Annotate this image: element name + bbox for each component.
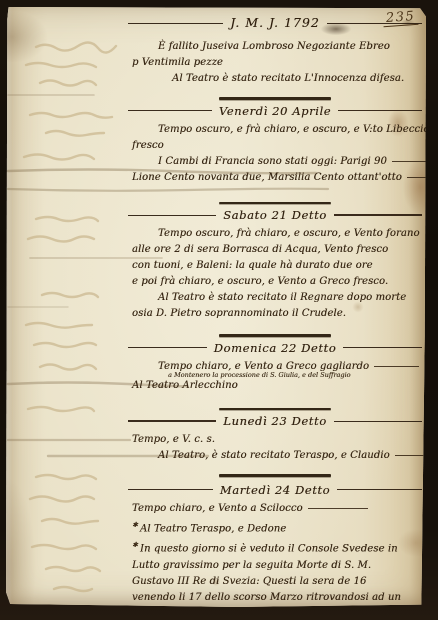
line-text: Al Teatro, è stato recitato Teraspo, e C… — [158, 450, 390, 461]
ink-flourish-line — [392, 161, 437, 162]
entry-sabato-21: Sabato 21 Detto Tempo oscuro, frà chiaro… — [128, 206, 422, 322]
header-rule-right — [327, 23, 422, 24]
section-divider — [219, 97, 331, 100]
entry-heading: Lunedì 23 Detto — [128, 412, 422, 430]
manuscript-line: Festa di Ballo fù da uno scellerato feri… — [128, 606, 422, 620]
line-text: In questo giorno si è veduto il Console … — [140, 544, 398, 555]
manuscript-line: Tempo oscuro, frà chiaro, e oscuro, e Ve… — [128, 226, 422, 242]
entry-heading-text: Domenica 22 Detto — [214, 340, 337, 356]
heading-rule-left — [128, 347, 207, 348]
heading-rule-left — [128, 420, 216, 422]
entry-domenica-22: Domenica 22 Detto Tempo chiaro, e Vento … — [128, 339, 422, 394]
ink-flourish-line — [395, 455, 425, 456]
manuscript-line: Tempo oscuro, e frà chiaro, e oscuro, e … — [128, 122, 422, 138]
manuscript-line: Al Teatro è stato recitato L'Innocenza d… — [128, 71, 422, 87]
manuscript-page: 235 J. M. J. 1792 È fallito Juseiva Lomb… — [6, 7, 426, 607]
line-text: I Cambi di Francia sono stati oggi: Pari… — [158, 156, 387, 167]
entry-heading: Venerdì 20 Aprile — [128, 102, 422, 120]
ink-flourish-line — [407, 177, 437, 178]
manuscript-line: Lione Cento novanta due, Marsilia Cento … — [128, 170, 422, 186]
entry-venerdi-20: Venerdì 20 Aprile Tempo oscuro, e frà ch… — [128, 102, 422, 186]
entry-heading: Domenica 22 Detto — [128, 339, 422, 357]
heading-rule-right — [334, 214, 422, 216]
entry-heading: Sabato 21 Detto — [128, 206, 422, 224]
entry-heading: Martedì 24 Detto — [128, 481, 422, 499]
scan-background: 235 J. M. J. 1792 È fallito Juseiva Lomb… — [0, 0, 438, 620]
page-content: J. M. J. 1792 È fallito Juseiva Lombroso… — [128, 13, 422, 620]
manuscript-line: Gustavo III Re di Svezia: Questi la sera… — [128, 574, 422, 590]
manuscript-line: alle ore 2 di sera Borrasca di Acqua, Ve… — [128, 242, 422, 258]
year-header: J. M. J. 1792 — [128, 13, 422, 33]
entry-heading-text: Martedì 24 Detto — [220, 482, 330, 498]
header-rule-left — [128, 23, 223, 24]
manuscript-line: Tempo, e V. c. s. — [128, 432, 422, 448]
manuscript-line: e poi frà chiaro, e oscuro, e Vento a Gr… — [128, 274, 422, 290]
manuscript-line: fresco — [128, 138, 422, 154]
manuscript-line: È fallito Juseiva Lombroso Negoziante Eb… — [128, 39, 422, 55]
entry-continuation: È fallito Juseiva Lombroso Negoziante Eb… — [128, 39, 422, 87]
entry-heading-text: Sabato 21 Detto — [223, 207, 327, 223]
manuscript-line: osia D. Pietro soprannominato il Crudele… — [128, 306, 422, 322]
ink-flourish-line — [308, 508, 368, 509]
entry-heading-text: Lunedì 23 Detto — [223, 413, 326, 429]
manuscript-line: venendo li 17 dello scorso Marzo ritrova… — [128, 590, 422, 606]
ink-flourish-line — [374, 366, 419, 367]
entry-heading-text: Venerdì 20 Aprile — [219, 103, 331, 119]
entry-martedi-24: Martedì 24 Detto Tempo chiaro, e Vento a… — [128, 481, 422, 620]
manuscript-line: Al Teatro, è stato recitato Teraspo, e C… — [128, 448, 422, 464]
heading-rule-left — [128, 489, 213, 490]
year-header-text: J. M. J. 1792 — [230, 15, 320, 31]
section-divider — [219, 408, 331, 411]
manuscript-line: ✱In questo giorno si è veduto il Console… — [128, 537, 422, 557]
margin-mark: ✱ — [132, 541, 138, 549]
line-text: Lione Cento novanta due, Marsilia Cento … — [132, 172, 402, 183]
margin-mark: ✱ — [132, 521, 138, 529]
manuscript-line: ✱Al Teatro Teraspo, e Dedone — [128, 517, 422, 537]
heading-rule-right — [334, 421, 422, 422]
heading-rule-left — [128, 215, 216, 216]
manuscript-line: Lutto gravissimo per la seguita Morte di… — [128, 558, 422, 574]
manuscript-line: Tempo chiaro, e Vento a Scilocco — [128, 501, 422, 517]
heading-rule-left — [128, 110, 212, 111]
line-text: Al Teatro Teraspo, e Dedone — [140, 523, 286, 534]
section-divider — [219, 474, 331, 477]
heading-rule-right — [337, 489, 422, 490]
manuscript-line: p Ventimila pezze — [128, 55, 422, 71]
manuscript-line: I Cambi di Francia sono stati oggi: Pari… — [128, 154, 422, 170]
heading-rule-right — [343, 347, 422, 348]
line-text: Tempo chiaro, e Vento a Scilocco — [132, 503, 303, 514]
section-divider — [219, 202, 331, 205]
heading-rule-right — [338, 110, 422, 111]
manuscript-line: Al Teatro è stato recitato il Regnare do… — [128, 290, 422, 306]
manuscript-line: con tuoni, e Baleni: la quale hà durato … — [128, 258, 422, 274]
manuscript-line: Al Teatro Arlecchino — [128, 378, 422, 394]
section-divider — [219, 334, 331, 337]
entry-lunedi-23: Lunedì 23 Detto Tempo, e V. c. s. Al Tea… — [128, 412, 422, 464]
